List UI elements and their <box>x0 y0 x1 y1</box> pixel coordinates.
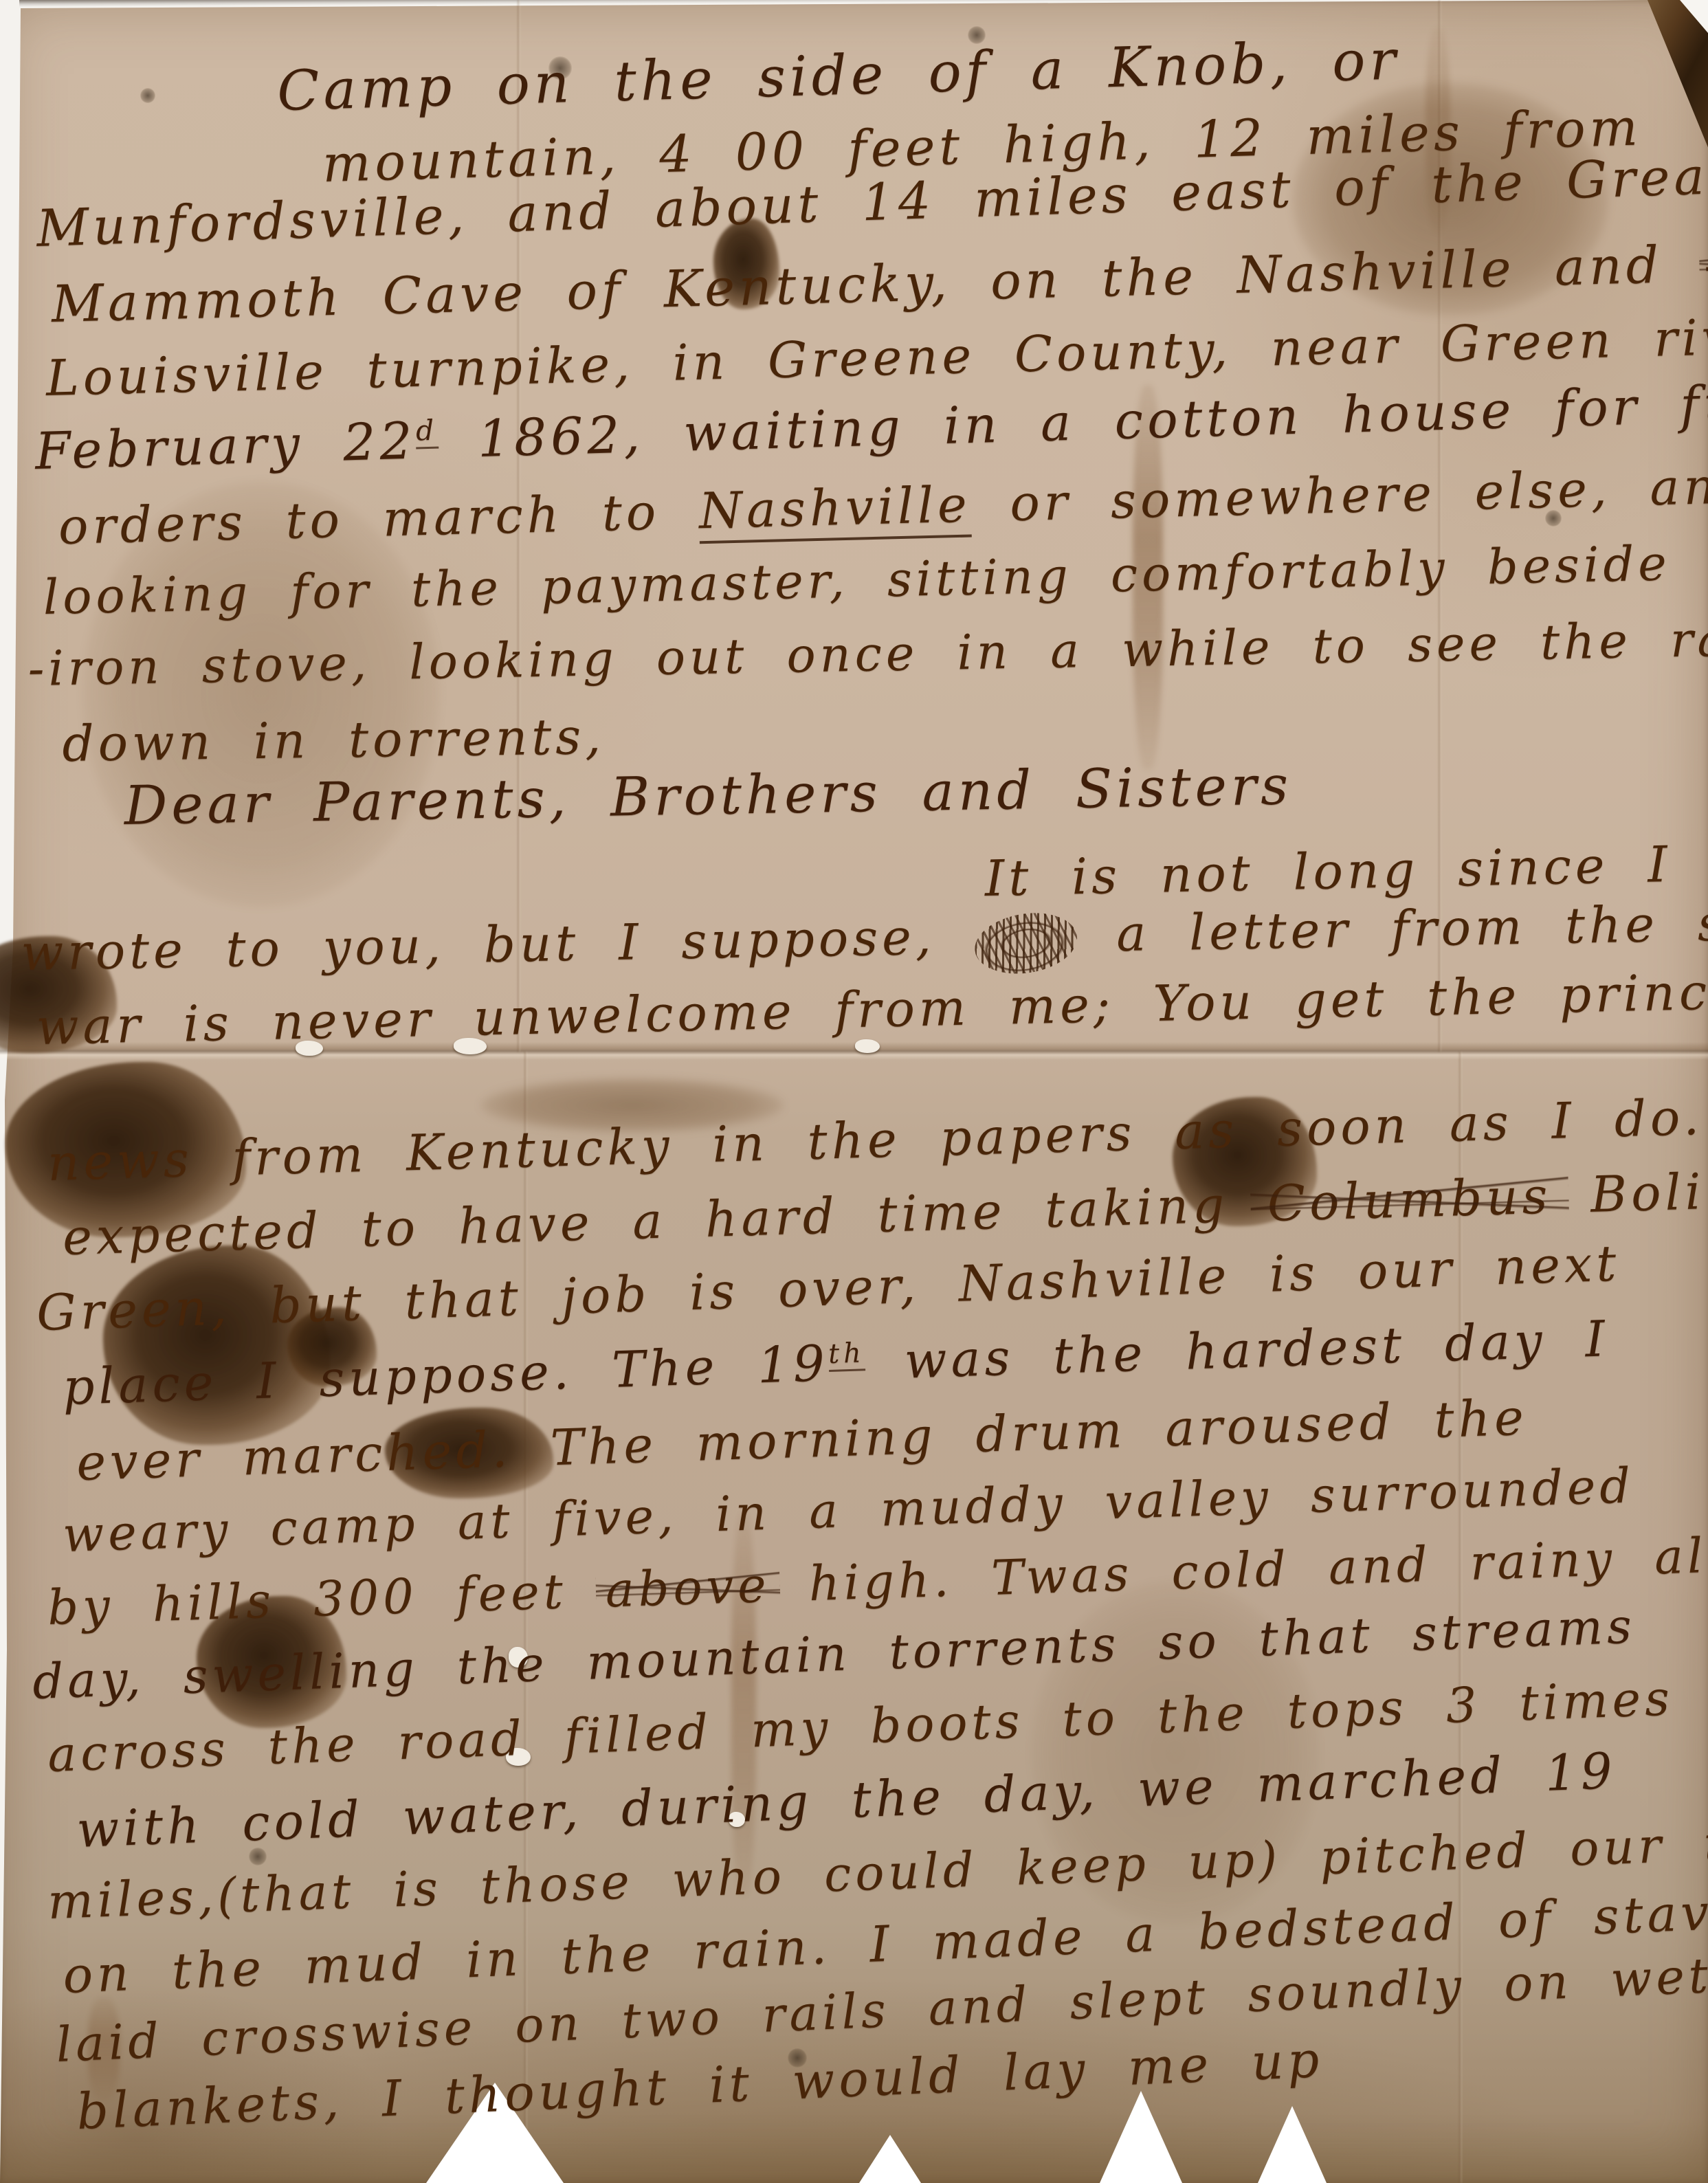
ink-scribble <box>971 906 1082 980</box>
superscript-text: th <box>828 1337 866 1372</box>
handwriting-text: February 22 <box>34 412 417 481</box>
underlined-text: Nashville <box>698 476 972 544</box>
superscript-text: d <box>415 414 438 450</box>
scan-background: Camp on the side of a Knob, ormountain, … <box>0 0 1708 2183</box>
letter-text: Camp on the side of a Knob, ormountain, … <box>0 0 1708 2183</box>
crossed-out-text: # <box>1702 234 1708 294</box>
handwriting-text: by hills 300 feet <box>47 1562 606 1635</box>
handwriting-text: place I suppose. The 19 <box>62 1334 830 1416</box>
crossed-out-text: Columbus <box>1267 1166 1553 1232</box>
handwriting-text: Boling <box>1551 1160 1708 1224</box>
handwriting-text: down in torrents, <box>62 707 606 773</box>
handwriting-text: wrote to you, but I suppose, <box>21 907 975 982</box>
letter-line: down in torrents, <box>62 707 606 773</box>
handwriting-text: was the hardest day I <box>865 1309 1610 1390</box>
crossed-out-text: above <box>605 1557 771 1618</box>
handwriting-text: orders to march to <box>58 482 700 555</box>
handwriting-text: or somewhere else, anxiously <box>970 452 1708 533</box>
